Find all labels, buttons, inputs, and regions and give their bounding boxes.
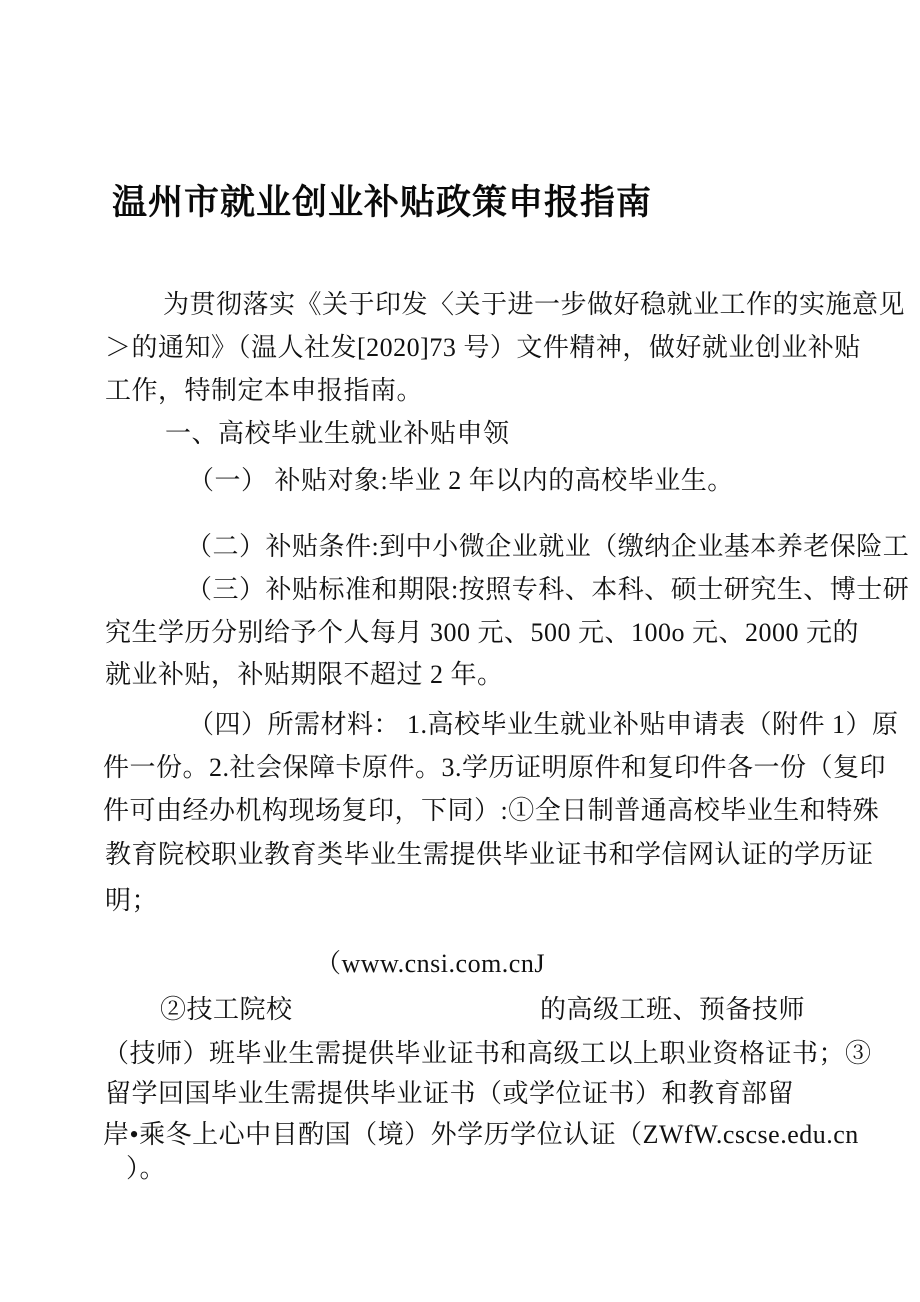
tech-school-right: 的高级工班、预备技师 — [540, 993, 805, 1027]
section1-item4-line3: 件可由经办机构现场复印，下同）:①全日制普通高校毕业生和特殊 — [103, 794, 879, 828]
intro-line-1: 为贯彻落实《关于印发〈关于进一步做好稳就业工作的实施意见 — [163, 288, 905, 322]
section1-item3-line3: 就业补贴，补贴期限不超过 2 年。 — [105, 658, 504, 692]
xinhua-url-text: （www.cnsi.com.cnJ — [315, 947, 545, 981]
section1-item4-line4: 教育院校职业教育类毕业生需提供毕业证书和学信网认证的学历证 — [105, 838, 874, 872]
intro-line-2: ＞的通知》（温人社发[2020]73 号）文件精神，做好就业创业补贴 — [105, 331, 861, 365]
section1-item4-line2: 件一份。2.社会保障卡原件。3.学历证明原件和复印件各一份（复印 — [103, 751, 886, 785]
doc-title: 温州市就业创业补贴政策申报指南 — [112, 183, 652, 223]
abroad-line3: ）。 — [126, 1152, 166, 1186]
section1-item3-line1: （三）补贴标准和期限:按照专科、本科、硕士研究生、博士研 — [186, 573, 909, 607]
section1-item3-line2: 究生学历分别给予个人每月 300 元、500 元、100o 元、2000 元的 — [105, 616, 859, 650]
section1-item4-line5: 明； — [105, 884, 158, 918]
document-page: 温州市就业创业补贴政策申报指南 为贯彻落实《关于印发〈关于进一步做好稳就业工作的… — [0, 0, 920, 1302]
section1-item1: （一） 补贴对象:毕业 2 年以内的高校毕业生。 — [188, 464, 734, 498]
tech-school-left: ②技工院校 — [160, 993, 293, 1027]
abroad-line2: 岸•乘冬上心中目酌国（境）外学历学位认证（ZWfW.cscse.edu.cn — [103, 1118, 859, 1152]
section1-heading: 一、高校毕业生就业补贴申领 — [165, 417, 510, 451]
intro-line-3: 工作，特制定本申报指南。 — [105, 374, 423, 408]
section1-item2: （二）补贴条件:到中小微企业就业（缴纳企业基本养老保险工 — [186, 530, 909, 564]
tech-school-line2: （技师）班毕业生需提供毕业证书和高级工以上职业资格证书；③ — [103, 1037, 872, 1071]
section1-item4-line1: （四）所需材料： 1.高校毕业生就业补贴申请表（附件 1）原 — [188, 708, 899, 742]
abroad-line1: 留学回国毕业生需提供毕业证书（或学位证书）和教育部留 — [105, 1077, 794, 1111]
